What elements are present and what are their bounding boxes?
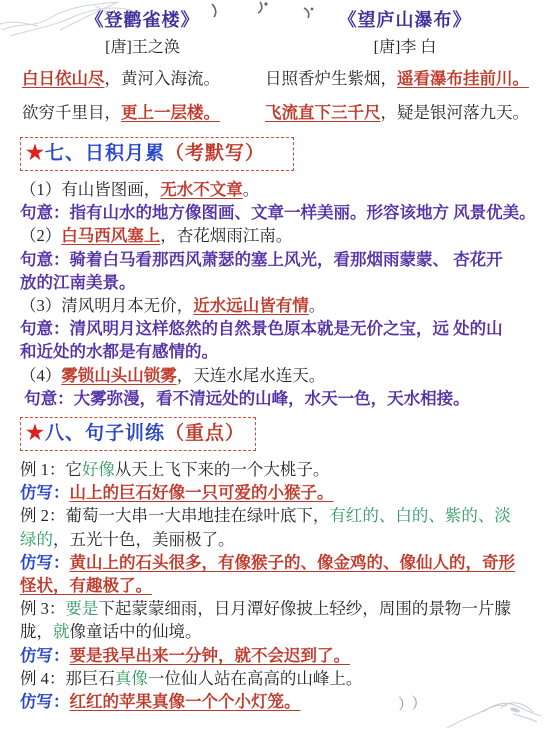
section8-body: 例 1：它好像从天上飞下来的一个大桃子。 仿写：山上的巨石好像一只可爱的小猴子。… xyxy=(20,458,545,713)
worksheet-page: 《登鹳雀楼》 《望庐山瀑布》 [唐]王之涣 [唐]李 白 白日依山尽，黄河入海流… xyxy=(0,0,553,732)
star-icon: ★ xyxy=(26,422,44,444)
mimic-line-3: 仿写：要是我早出来一分钟，就不会迟到了。 xyxy=(20,644,545,667)
text-run: 例 4：那巨石 xyxy=(20,669,115,688)
text-run: 白马西风塞上 xyxy=(61,226,160,245)
text-run: 。 xyxy=(243,180,260,199)
text-run: 日照香炉生紫烟， xyxy=(265,69,397,88)
idiom-line-4: （4）雾锁山头山锁雾，天连水尾水连天。 xyxy=(20,364,545,387)
section8-title: 八、句子训练 xyxy=(45,423,165,444)
text-run: 白日依山尽 xyxy=(22,69,105,88)
text-run: 近水远山皆有情 xyxy=(193,296,309,315)
text-run: 要是 xyxy=(65,599,98,618)
poem-line-right-1: 日照香炉生紫烟，遥看瀑布挂前川。 xyxy=(265,62,545,96)
poem-line-left-2: 欲穷千里目，更上一层楼。 xyxy=(20,96,265,130)
text-run: 飞流直下三千尺 xyxy=(265,103,381,122)
meaning-line-3: 句意：清风明月这样悠然的自然景色原本就是无价之宝，远 处的山 和近处的水都是有感… xyxy=(20,317,545,363)
poem-line-left-1: 白日依山尽，黄河入海流。 xyxy=(20,62,265,96)
text-run: （2） xyxy=(20,226,61,245)
text-run: 一位仙人站在高高的山峰上。 xyxy=(148,669,363,688)
text-run: （3）清风明月本无价， xyxy=(20,296,193,315)
idiom-line-2: （2）白马西风塞上，杏花烟雨江南。 xyxy=(20,224,545,247)
text-run: ，天连水尾水连天。 xyxy=(177,366,326,385)
text-run: 例 3： xyxy=(20,599,65,618)
mimic-text: 山上的巨石好像一只可爱的小猴子。 xyxy=(70,483,334,502)
poems-grid: 《登鹳雀楼》 《望庐山瀑布》 [唐]王之涣 [唐]李 白 白日依山尽，黄河入海流… xyxy=(20,6,545,130)
text-run: ，五光十色，美丽极了。 xyxy=(53,530,235,549)
worksheet-content: 《登鹳雀楼》 《望庐山瀑布》 [唐]王之涣 [唐]李 白 白日依山尽，黄河入海流… xyxy=(0,0,553,713)
text-run: 更上一层楼。 xyxy=(121,103,220,122)
meaning-line-4: 句意：大雾弥漫，看不清远处的山峰，水天一色，天水相接。 xyxy=(20,387,545,410)
poem-title-left: 《登鹳雀楼》 xyxy=(20,6,265,34)
text-run: （4） xyxy=(20,366,61,385)
mimic-text: 要是我早出来一分钟，就不会迟到了。 xyxy=(70,646,351,665)
mimic-label: 仿写： xyxy=(20,692,70,711)
text-run: 像童话中的仙境。 xyxy=(70,622,202,641)
text-run: ，黄河入海流。 xyxy=(105,69,221,88)
section8-subtitle: （重点） xyxy=(165,423,245,444)
poem-author-left: [唐]王之涣 xyxy=(20,34,265,62)
text-run: 真像 xyxy=(115,669,148,688)
text-run: 从天上飞下来的一个大桃子。 xyxy=(115,460,330,479)
section7-subtitle: （考默写） xyxy=(165,143,265,164)
text-run: 无水不文章 xyxy=(160,180,243,199)
meaning-line-1: 句意：指有山水的地方像图画、文章一样美丽。形容该地方 风景优美。 xyxy=(20,201,545,224)
section8-header: ★八、句子训练（重点） xyxy=(20,417,545,451)
text-run: 遥看瀑布挂前川。 xyxy=(397,69,529,88)
mimic-label: 仿写： xyxy=(20,553,70,572)
text-run: 就 xyxy=(53,622,70,641)
text-run: 好像 xyxy=(82,460,115,479)
text-run: ，疑是银河落九天。 xyxy=(381,103,530,122)
mimic-text: 红红的苹果真像一个个小灯笼。 xyxy=(70,692,301,711)
poem-line-right-2: 飞流直下三千尺，疑是银河落九天。 xyxy=(265,96,545,130)
mimic-line-2: 仿写：黄山上的石头很多，有像猴子的、像金鸡的、像仙人的，奇形 怪状，有趣极了。 xyxy=(20,551,545,597)
text-run: 例 2：葡萄一大串一大串地挂在绿叶底下， xyxy=(20,506,329,525)
example-line-2: 例 2：葡萄一大串一大串地挂在绿叶底下，有红的、白的、紫的、淡 绿的，五光十色，… xyxy=(20,504,545,550)
poem-author-right: [唐]李 白 xyxy=(265,34,545,62)
ink-marks-bottom: ）） xyxy=(397,691,433,714)
section7-header: ★七、日积月累（考默写） xyxy=(20,137,545,171)
idiom-line-3: （3）清风明月本无价，近水远山皆有情。 xyxy=(20,294,545,317)
mimic-line-4: 仿写：红红的苹果真像一个个小灯笼。 xyxy=(20,690,545,713)
text-run: 。 xyxy=(309,296,326,315)
idiom-line-1: （1）有山皆图画，无水不文章。 xyxy=(20,178,545,201)
meaning-line-2: 句意：骑着白马看那西风萧瑟的塞上风光，看那烟雨蒙蒙、 杏花开 放的江南美景。 xyxy=(20,248,545,294)
star-icon: ★ xyxy=(26,142,44,164)
section7-title: 七、日积月累 xyxy=(45,143,165,164)
example-line-1: 例 1：它好像从天上飞下来的一个大桃子。 xyxy=(20,458,545,481)
example-line-4: 例 4：那巨石真像一位仙人站在高高的山峰上。 xyxy=(20,667,545,690)
text-run: （1）有山皆图画， xyxy=(20,180,160,199)
text-run: ，杏花烟雨江南。 xyxy=(160,226,292,245)
mimic-label: 仿写： xyxy=(20,483,70,502)
section7-body: （1）有山皆图画，无水不文章。 句意：指有山水的地方像图画、文章一样美丽。形容该… xyxy=(20,178,545,410)
text-run: 雾锁山头山锁雾 xyxy=(61,366,177,385)
mimic-text: 黄山上的石头很多，有像猴子的、像金鸡的、像仙人的，奇形 怪状，有趣极了。 xyxy=(20,553,515,595)
poem-title-right: 《望庐山瀑布》 xyxy=(265,6,545,34)
section8-header-box: ★八、句子训练（重点） xyxy=(20,417,256,451)
example-line-3: 例 3：要是下起蒙蒙细雨，日月潭好像披上轻纱，周围的景物一片朦 胧，就像童话中的… xyxy=(20,597,545,643)
text-run: 例 1：它 xyxy=(20,460,82,479)
section7-header-box: ★七、日积月累（考默写） xyxy=(20,137,294,171)
text-run: 欲穷千里目， xyxy=(22,103,121,122)
mimic-line-1: 仿写：山上的巨石好像一只可爱的小猴子。 xyxy=(20,481,545,504)
mimic-label: 仿写： xyxy=(20,646,70,665)
